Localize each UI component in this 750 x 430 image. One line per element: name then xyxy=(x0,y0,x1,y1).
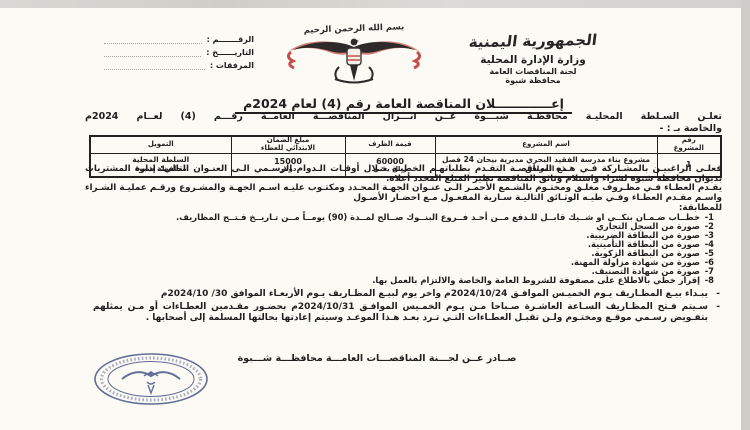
date-blank-line xyxy=(104,48,201,57)
envelope-sale-note: - يبـداء بيـع المظـاريف يـوم الخميـس الم… xyxy=(93,289,720,300)
col-envelope-price: قيمة الظرف xyxy=(345,136,435,154)
country-name: الجمهورية اليمنية xyxy=(422,28,643,54)
reference-number-row: الرقـــــــم : xyxy=(104,33,254,46)
ministry-name: وزارة الإدارة المحلية xyxy=(424,54,642,66)
attachments-label: المرفقات : xyxy=(210,61,254,70)
intro-line-2: والخاصة بـ : - xyxy=(85,123,722,134)
col-project-number: رقم المشروع xyxy=(657,136,721,154)
yemen-eagle-emblem-icon xyxy=(283,34,425,84)
governorate-name: محافظة شبوة xyxy=(424,76,642,85)
col-bid-bond: مبلغ الضمان الابتدائي للعطاء xyxy=(231,136,345,154)
scanned-tender-announcement: الرقـــــــم : التاريــــــخ : المرفقات … xyxy=(0,0,750,430)
reference-attachments-row: المرفقات : xyxy=(104,59,254,72)
envelope-opening-note: - سـيتم فـتح المظـاريف السـاعة العاشـرة … xyxy=(93,302,720,324)
national-emblem-block: بسم الله الرحمن الرحيم xyxy=(279,24,429,88)
reference-date-row: التاريــــــخ : xyxy=(104,46,254,59)
intro-line-1: تعلـن السـلطة المحليـة محافظـة شبـــوة ع… xyxy=(85,111,722,122)
participation-paragraph: فعلـى الراغبيـن بالمشـاركة فـي هـذه المن… xyxy=(85,165,722,184)
schedule-notes: - يبـداء بيـع المظـاريف يـوم الخميـس الم… xyxy=(93,289,720,326)
tender-table-header-row: رقم المشروع اسم المشروع قيمة الظرف مبلغ … xyxy=(90,136,721,154)
requirement-item: 8- إقرار خطي بالاطلاع على مصفوفة للشروط … xyxy=(93,276,714,285)
submission-paragraph: يقـدم العطـاء فـي مظـروف مغلـق ومختـوم ب… xyxy=(85,184,722,203)
issued-by-line: صــادر عــن لجـــنة المناقصـــات العامــ… xyxy=(222,353,532,364)
number-label: الرقـــــــم : xyxy=(207,35,254,44)
number-blank-line xyxy=(104,35,202,44)
scan-top-edge xyxy=(0,0,750,8)
scan-right-edge xyxy=(741,0,750,430)
reference-fields: الرقـــــــم : التاريــــــخ : المرفقات … xyxy=(104,33,254,72)
letterhead: الجمهورية اليمنية وزارة الإدارة المحلية … xyxy=(424,30,642,85)
date-label: التاريــــــخ : xyxy=(206,48,254,57)
col-project-name: اسم المشروع xyxy=(435,136,657,154)
attachments-blank-line xyxy=(104,61,205,70)
requirements-list: 1- خطــاب ضـمـان بنكــي او شــيك قابــل … xyxy=(93,213,714,285)
committee-stamp-icon xyxy=(92,352,210,406)
committee-name: لجنة المناقصات العامة xyxy=(424,67,642,76)
col-funding: التمويل xyxy=(90,136,231,154)
